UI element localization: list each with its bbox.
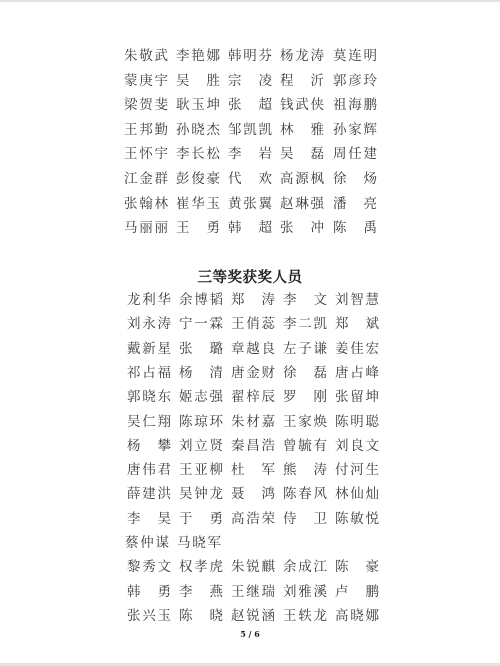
person-name: 郭彦玲 (333, 71, 377, 91)
person-name: 张留坤 (335, 387, 379, 407)
person-name: 李艳娜 (176, 46, 220, 66)
person-name: 熊涛 (283, 460, 327, 480)
person-name: 权孝虎 (179, 557, 223, 577)
person-name: 付河生 (335, 460, 379, 480)
person-name: 孙晓杰 (176, 120, 220, 140)
name-row: 梁贺斐耿玉坤张超钱武侠祖海鹏 (0, 95, 500, 115)
person-name: 钱武侠 (280, 95, 324, 115)
name-row: 张翰林崔华玉黄张翼赵琳强潘亮 (0, 194, 500, 214)
person-name: 王亚柳 (179, 460, 223, 480)
person-name: 刘立贤 (179, 436, 223, 456)
person-name: 杨清 (179, 363, 223, 383)
name-row: 刘永涛宁一霖王俏蕊李二凯郑斌 (0, 314, 500, 334)
person-name: 吴仁翔 (127, 412, 171, 432)
person-name: 李二凯 (283, 314, 327, 334)
person-name: 李文 (283, 290, 327, 310)
person-name: 李长松 (176, 144, 220, 164)
person-name: 林仙灿 (335, 484, 379, 504)
person-name: 戴新星 (127, 339, 171, 359)
person-name: 余博韬 (179, 290, 223, 310)
name-row: 马丽丽王勇韩超张冲陈禹 (0, 218, 500, 238)
person-name: 陈敏悦 (335, 509, 379, 529)
person-name: 韩明芬 (228, 46, 272, 66)
name-row: 韩勇李燕王继瑞刘雅溪卢鹏 (0, 582, 500, 602)
person-name: 蒙庚宇 (124, 71, 168, 91)
person-name: 唐金财 (231, 363, 275, 383)
person-name: 赵锐涵 (231, 606, 275, 626)
person-name: 吴胜 (176, 71, 220, 91)
person-name: 唐占峰 (335, 363, 379, 383)
name-row: 张兴玉陈晓赵锐涵王轶龙高晓娜 (0, 606, 500, 626)
person-name: 崔华玉 (176, 194, 220, 214)
person-name: 黄张翼 (228, 194, 272, 214)
person-name: 郑斌 (335, 314, 379, 334)
person-name: 曾毓有 (283, 436, 327, 456)
person-name: 吴钟龙 (179, 484, 223, 504)
person-name: 李燕 (179, 582, 223, 602)
person-name: 郑涛 (231, 290, 275, 310)
person-name: 王继瑞 (231, 582, 275, 602)
person-name: 马丽丽 (124, 218, 168, 238)
person-name: 陈晓 (179, 606, 223, 626)
person-name: 祖海鹏 (333, 95, 377, 115)
person-name: 赵琳强 (280, 194, 324, 214)
person-name: 邹凯凯 (228, 120, 272, 140)
name-row: 蒙庚宇吴胜宗凌程沂郭彦玲 (0, 71, 500, 91)
person-name: 宗凌 (228, 71, 272, 91)
person-name: 姜佳宏 (335, 339, 379, 359)
person-name: 马晓军 (177, 533, 221, 553)
name-row: 吴仁翔陈琼环朱材嘉王家焕陈明聪 (0, 412, 500, 432)
person-name: 王轶龙 (283, 606, 327, 626)
person-name: 张翰林 (124, 194, 168, 214)
person-name: 左子谦 (283, 339, 327, 359)
person-name: 陈明聪 (335, 412, 379, 432)
name-row: 戴新星张璐章越良左子谦姜佳宏 (0, 339, 500, 359)
person-name: 卢鹏 (335, 582, 379, 602)
person-name: 刘永涛 (127, 314, 171, 334)
person-name: 罗刚 (283, 387, 327, 407)
person-name: 黎秀文 (127, 557, 171, 577)
person-name: 郭晓东 (127, 387, 171, 407)
person-name: 龙利华 (127, 290, 171, 310)
person-name: 高晓娜 (335, 606, 379, 626)
person-name: 刘良文 (335, 436, 379, 456)
name-row: 唐伟君王亚柳杜军熊涛付河生 (0, 460, 500, 480)
person-name: 代欢 (228, 169, 272, 189)
person-name: 聂鸿 (231, 484, 275, 504)
person-name: 张冲 (280, 218, 324, 238)
name-row: 王怀宇李长松李岩吴磊周任建 (0, 144, 500, 164)
name-row: 杨攀刘立贤秦昌浩曾毓有刘良文 (0, 436, 500, 456)
name-row: 李昊于勇高浩荣侍卫陈敏悦 (0, 509, 500, 529)
person-name: 杜军 (231, 460, 275, 480)
person-name: 刘智慧 (335, 290, 379, 310)
person-name: 孙家辉 (333, 120, 377, 140)
person-name: 翟梓辰 (231, 387, 275, 407)
person-name: 刘雅溪 (283, 582, 327, 602)
person-name: 莫连明 (333, 46, 377, 66)
person-name: 张兴玉 (127, 606, 171, 626)
person-name: 朱锐麒 (231, 557, 275, 577)
person-name: 张璐 (179, 339, 223, 359)
person-name: 章越良 (231, 339, 275, 359)
person-name: 姬志强 (179, 387, 223, 407)
person-name: 朱材嘉 (231, 412, 275, 432)
person-name: 李岩 (228, 144, 272, 164)
name-row: 薛建洪吴钟龙聂鸿陈春风林仙灿 (0, 484, 500, 504)
person-name: 陈琼环 (179, 412, 223, 432)
person-name: 程沂 (280, 71, 324, 91)
name-row: 蔡仲谋马晓军 (0, 533, 500, 553)
person-name: 陈禹 (333, 218, 377, 238)
person-name: 王勇 (176, 218, 220, 238)
person-name: 韩超 (228, 218, 272, 238)
person-name: 王邦勤 (124, 120, 168, 140)
person-name: 秦昌浩 (231, 436, 275, 456)
name-row: 龙利华余博韬郑涛李文刘智慧 (0, 290, 500, 310)
person-name: 蔡仲谋 (125, 533, 169, 553)
person-name: 张超 (228, 95, 272, 115)
section-title-third-prize: 三等奖获奖人员 (0, 266, 500, 287)
name-row: 黎秀文权孝虎朱锐麒余成江陈豪 (0, 557, 500, 577)
person-name: 薛建洪 (127, 484, 171, 504)
person-name: 杨攀 (127, 436, 171, 456)
person-name: 高源枫 (280, 169, 324, 189)
person-name: 陈豪 (335, 557, 379, 577)
person-name: 唐伟君 (127, 460, 171, 480)
person-name: 耿玉坤 (176, 95, 220, 115)
person-name: 潘亮 (333, 194, 377, 214)
person-name: 杨龙涛 (280, 46, 324, 66)
person-name: 吴磊 (280, 144, 324, 164)
person-name: 祁占福 (127, 363, 171, 383)
person-name: 余成江 (283, 557, 327, 577)
name-row: 朱敬武李艳娜韩明芬杨龙涛莫连明 (0, 46, 500, 66)
document-page: 朱敬武李艳娜韩明芬杨龙涛莫连明蒙庚宇吴胜宗凌程沂郭彦玲梁贺斐耿玉坤张超钱武侠祖海… (0, 0, 500, 666)
person-name: 王家焕 (283, 412, 327, 432)
name-row: 郭晓东姬志强翟梓辰罗刚张留坤 (0, 387, 500, 407)
person-name: 周任建 (333, 144, 377, 164)
page-number: 5 / 6 (0, 629, 500, 639)
person-name: 李昊 (127, 509, 171, 529)
person-name: 宁一霖 (179, 314, 223, 334)
person-name: 徐磊 (283, 363, 327, 383)
person-name: 王俏蕊 (231, 314, 275, 334)
person-name: 王怀宇 (124, 144, 168, 164)
name-row: 江金群彭俊豪代欢高源枫徐炀 (0, 169, 500, 189)
person-name: 韩勇 (127, 582, 171, 602)
name-row: 祁占福杨清唐金财徐磊唐占峰 (0, 363, 500, 383)
person-name: 高浩荣 (231, 509, 275, 529)
person-name: 梁贺斐 (124, 95, 168, 115)
person-name: 于勇 (179, 509, 223, 529)
person-name: 林雅 (280, 120, 324, 140)
person-name: 陈春风 (283, 484, 327, 504)
person-name: 彭俊豪 (176, 169, 220, 189)
person-name: 徐炀 (333, 169, 377, 189)
person-name: 江金群 (124, 169, 168, 189)
person-name: 侍卫 (283, 509, 327, 529)
person-name: 朱敬武 (124, 46, 168, 66)
name-row: 王邦勤孙晓杰邹凯凯林雅孙家辉 (0, 120, 500, 140)
